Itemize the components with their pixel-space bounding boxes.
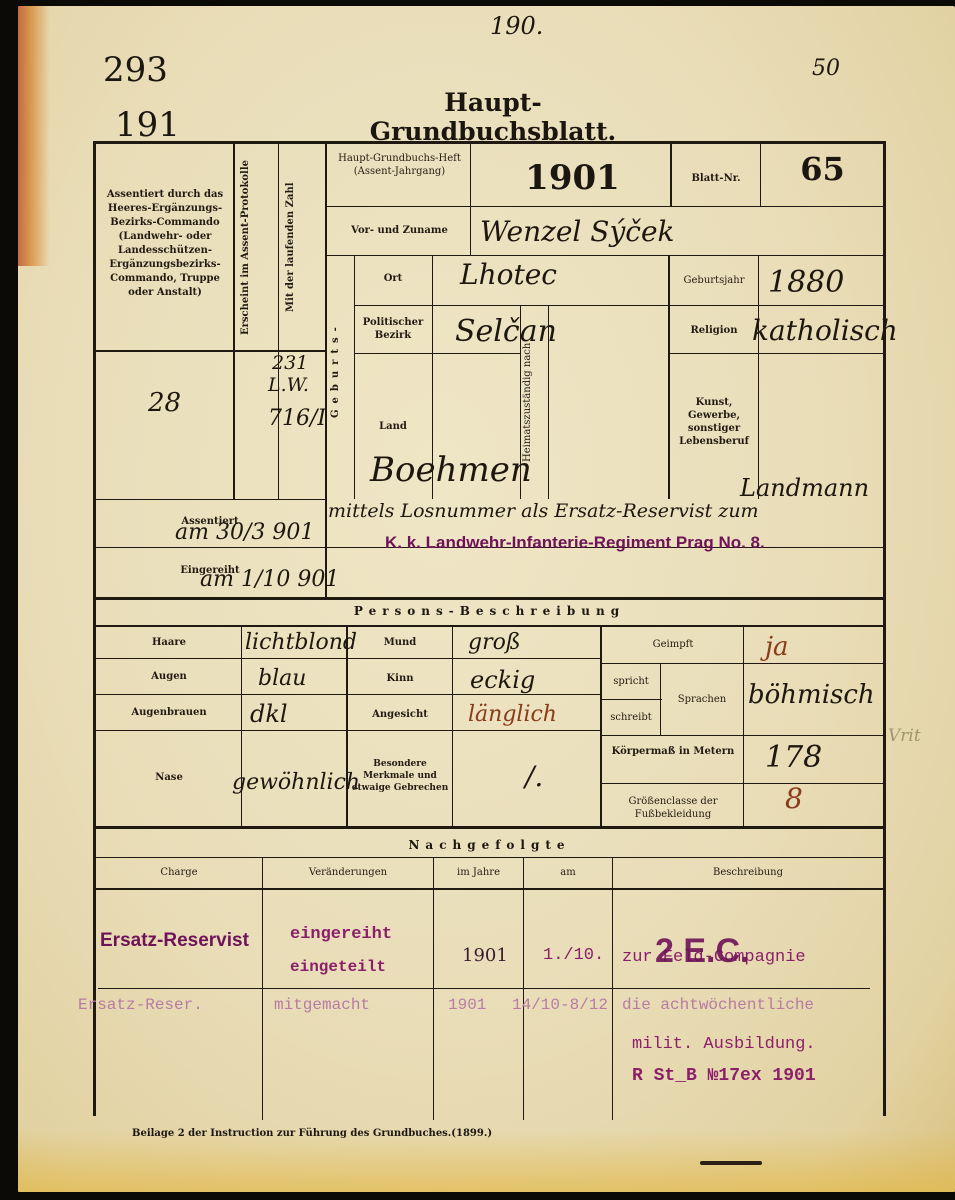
nase-value: gewöhnlich — [232, 770, 360, 795]
history-row-2-date: 14/10-8/12 — [512, 996, 608, 1014]
description-title: Persons-Beschreibung — [96, 604, 883, 618]
kinn-label: Kinn — [349, 672, 451, 685]
groesse-value: 8 — [785, 782, 803, 815]
ort-value: Lhotec — [460, 258, 557, 291]
company-stamp: 2 E.C. — [655, 932, 749, 971]
history-row-2-change: mitgemacht — [274, 996, 370, 1014]
history-row-2-description-2: milit. Ausbildung. — [632, 1035, 816, 1054]
kinn-value: eckig — [470, 666, 535, 694]
augenbrauen-label: Augenbrauen — [98, 706, 240, 719]
mund-label: Mund — [349, 636, 451, 649]
history-row-1-charge: Ersatz-Reservist — [100, 930, 249, 952]
eingereiht-value: am 1/10 901 — [200, 567, 339, 592]
haare-value: lichtblond — [245, 630, 357, 655]
history-row-1-date: 1./10. — [543, 946, 604, 965]
col-am: am — [525, 866, 611, 879]
assentiert-durch-value: 28 — [148, 388, 181, 418]
land-label: Land — [356, 420, 430, 433]
groesse-label: Größenclasse der Fußbekleidung — [604, 795, 742, 821]
page-number-top: 190. — [490, 12, 543, 40]
paper-stain — [18, 1130, 955, 1192]
beruf-label: Kunst, Gewerbe, sonstiger Lebensberuf — [672, 396, 756, 448]
land-value: Boehmen — [370, 450, 532, 490]
koerper-label: Körpermaß in Metern — [604, 745, 742, 758]
beruf-value: Landmann — [740, 474, 869, 502]
geburts-label: Geburts- — [330, 300, 352, 440]
history-title: Nachgefolgte — [96, 838, 883, 852]
zahl-value-3: 716/I — [268, 406, 326, 431]
protokolle-label: Erscheint im Assent-Protokolle — [240, 150, 274, 345]
heimat-label: Heimatszuständig nach — [522, 310, 546, 495]
augenbrauen-value: dkl — [250, 700, 288, 728]
col-jahr: im Jahre — [435, 866, 522, 879]
assentiert-value: am 30/3 901 — [175, 520, 314, 545]
merkmale-value: /. — [525, 760, 543, 793]
assent-note: mittels Losnummer als Ersatz-Reservist z… — [328, 500, 759, 522]
name-label: Vor- und Zuname — [332, 224, 467, 237]
page-number-left-2: 191 — [115, 105, 180, 145]
mund-value: groß — [468, 630, 521, 655]
history-row-1-change-2: eingeteilt — [290, 958, 386, 976]
blatt-label: Blatt-Nr. — [675, 172, 757, 185]
bezirk-label: Politischer Bezirk — [356, 316, 430, 342]
geburtsjahr-label: Geburtsjahr — [672, 274, 756, 287]
page-number-right: 50 — [812, 56, 840, 81]
angesicht-value: länglich — [468, 702, 557, 727]
sprachen-value: böhmisch — [748, 680, 875, 710]
sprachen-label: Sprachen — [662, 693, 742, 706]
margin-note: Vrit — [888, 726, 921, 746]
blatt-value: 65 — [765, 150, 880, 188]
ink-mark — [700, 1161, 762, 1165]
schreibt-label: schreibt — [604, 711, 658, 724]
name-value: Wenzel Sýček — [480, 215, 675, 248]
koerper-value: 178 — [765, 740, 822, 775]
zahl-value-2: L.W. — [268, 374, 309, 396]
footer-note: Beilage 2 der Instruction zur Führung de… — [132, 1128, 492, 1139]
nase-label: Nase — [98, 771, 240, 784]
page-number-left: 293 — [103, 50, 168, 90]
geimpft-value: ja — [765, 632, 789, 662]
history-row-1-year: 1901 — [462, 945, 508, 966]
zahl-value-1: 231 — [272, 352, 308, 374]
history-row-1-change-1: eingereiht — [290, 925, 392, 944]
page-title: Haupt-Grundbuchsblatt. — [338, 88, 648, 146]
col-beschreibung: Beschreibung — [614, 866, 882, 879]
angesicht-label: Angesicht — [349, 708, 451, 721]
religion-label: Religion — [672, 324, 756, 337]
col-veraenderungen: Veränderungen — [264, 866, 432, 879]
ort-label: Ort — [356, 272, 430, 285]
heft-label: Haupt-Grundbuchs-Heft (Assent-Jahrgang) — [332, 152, 467, 178]
haare-label: Haare — [98, 636, 240, 649]
augen-label: Augen — [98, 670, 240, 683]
geburtsjahr-value: 1880 — [768, 265, 844, 300]
history-row-2-year: 1901 — [448, 996, 486, 1014]
heft-value: 1901 — [480, 158, 665, 198]
col-charge: Charge — [98, 866, 260, 879]
spricht-label: spricht — [604, 675, 658, 688]
zahl-label: Mit der laufenden Zahl — [285, 150, 321, 345]
assentiert-durch-label: Assentiert durch das Heeres-Ergänzungs-B… — [100, 188, 230, 300]
geimpft-label: Geimpft — [604, 638, 742, 651]
merkmale-label: Besondere Merkmale und etwaige Gebrechen — [349, 758, 451, 794]
religion-value: katholisch — [752, 314, 898, 347]
history-row-2-charge: Ersatz-Reser. — [78, 996, 203, 1014]
augen-value: blau — [258, 666, 306, 691]
history-row-2-description-1: die achtwöchentliche — [622, 996, 814, 1014]
regiment-stamp: K. k. Landwehr-Infanterie-Regiment Prag … — [385, 533, 765, 553]
paper-stain — [18, 6, 50, 266]
history-row-2-description-3: R St_B №17ex 1901 — [632, 1066, 816, 1086]
